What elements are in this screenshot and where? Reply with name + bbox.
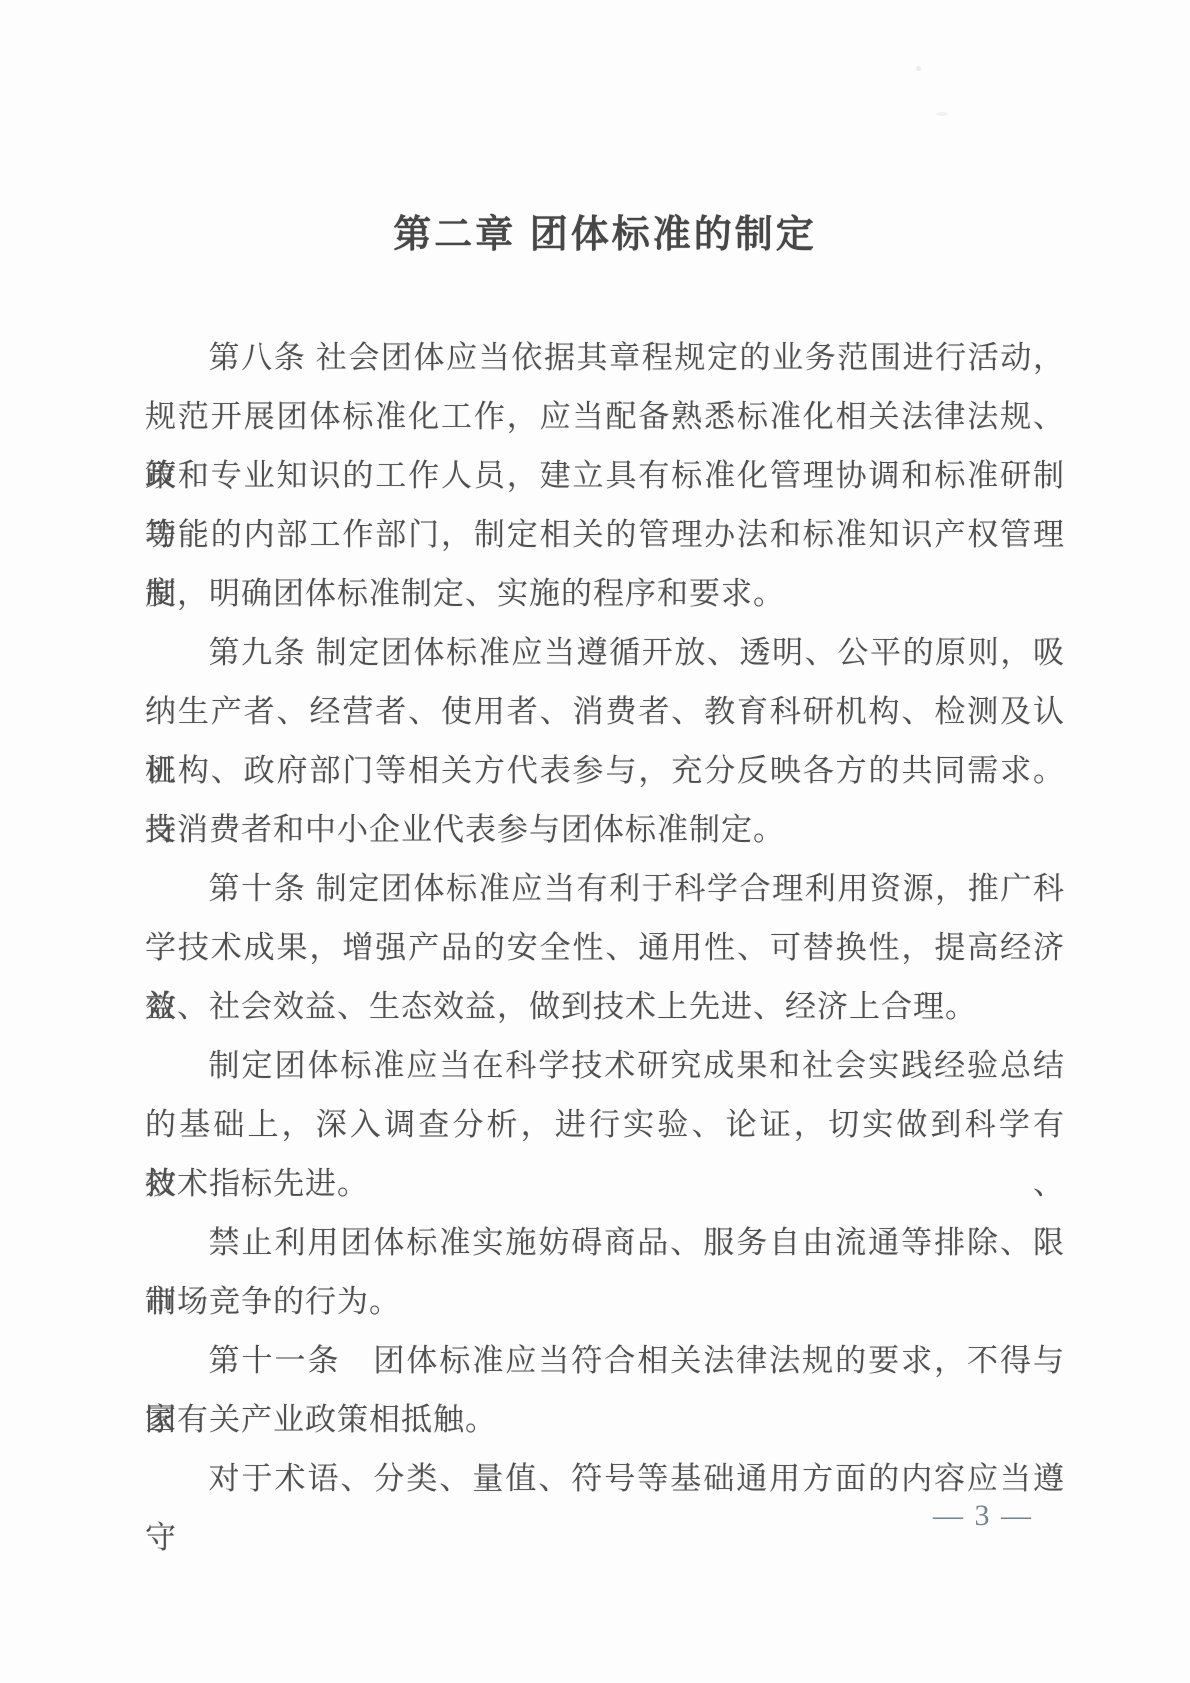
text-line: 对于术语、分类、量值、符号等基础通用方面的内容应当遵守 [145, 1449, 1065, 1508]
text-line: 第十条 制定团体标准应当有利于科学合理利用资源，推广科 [145, 859, 1065, 918]
text-line: 的基础上，深入调查分析，进行实验、论证，切实做到科学有效、 [145, 1095, 1065, 1154]
text-line: 策和专业知识的工作人员，建立具有标准化管理协调和标准研制等 [145, 446, 1065, 505]
text-line: 市场竞争的行为。 [145, 1272, 1065, 1331]
text-line: 禁止利用团体标准实施妨碍商品、服务自由流通等排除、限制 [145, 1213, 1065, 1272]
scan-speck [936, 112, 948, 116]
scan-speck [916, 66, 921, 71]
text-line: 第九条 制定团体标准应当遵循开放、透明、公平的原则，吸 [145, 623, 1065, 682]
page-number: — 3 — [933, 1496, 1033, 1536]
text-line: 度，明确团体标准制定、实施的程序和要求。 [145, 564, 1065, 623]
text-line: 家有关产业政策相抵触。 [145, 1390, 1065, 1449]
text-line: 纳生产者、经营者、使用者、消费者、教育科研机构、检测及认证 [145, 682, 1065, 741]
text-line: 益、社会效益、生态效益，做到技术上先进、经济上合理。 [145, 977, 1065, 1036]
scanned-document-page: 第二章 团体标准的制定 第八条 社会团体应当依据其章程规定的业务范围进行活动，规… [0, 0, 1190, 1683]
text-line: 制定团体标准应当在科学技术研究成果和社会实践经验总结 [145, 1036, 1065, 1095]
text-line: 第八条 社会团体应当依据其章程规定的业务范围进行活动， [145, 328, 1065, 387]
chapter-title: 第二章 团体标准的制定 [145, 0, 1065, 260]
text-line: 机构、政府部门等相关方代表参与，充分反映各方的共同需求。支 [145, 741, 1065, 800]
text-line: 规范开展团体标准化工作，应当配备熟悉标准化相关法律法规、政 [145, 387, 1065, 446]
document-body: 第八条 社会团体应当依据其章程规定的业务范围进行活动，规范开展团体标准化工作，应… [145, 328, 1065, 1508]
document-content: 第二章 团体标准的制定 第八条 社会团体应当依据其章程规定的业务范围进行活动，规… [145, 0, 1065, 1508]
text-line: 第十一条 团体标准应当符合相关法律法规的要求，不得与国 [145, 1331, 1065, 1390]
text-line: 功能的内部工作部门，制定相关的管理办法和标准知识产权管理制 [145, 505, 1065, 564]
text-line: 持消费者和中小企业代表参与团体标准制定。 [145, 800, 1065, 859]
text-line: 学技术成果，增强产品的安全性、通用性、可替换性，提高经济效 [145, 918, 1065, 977]
